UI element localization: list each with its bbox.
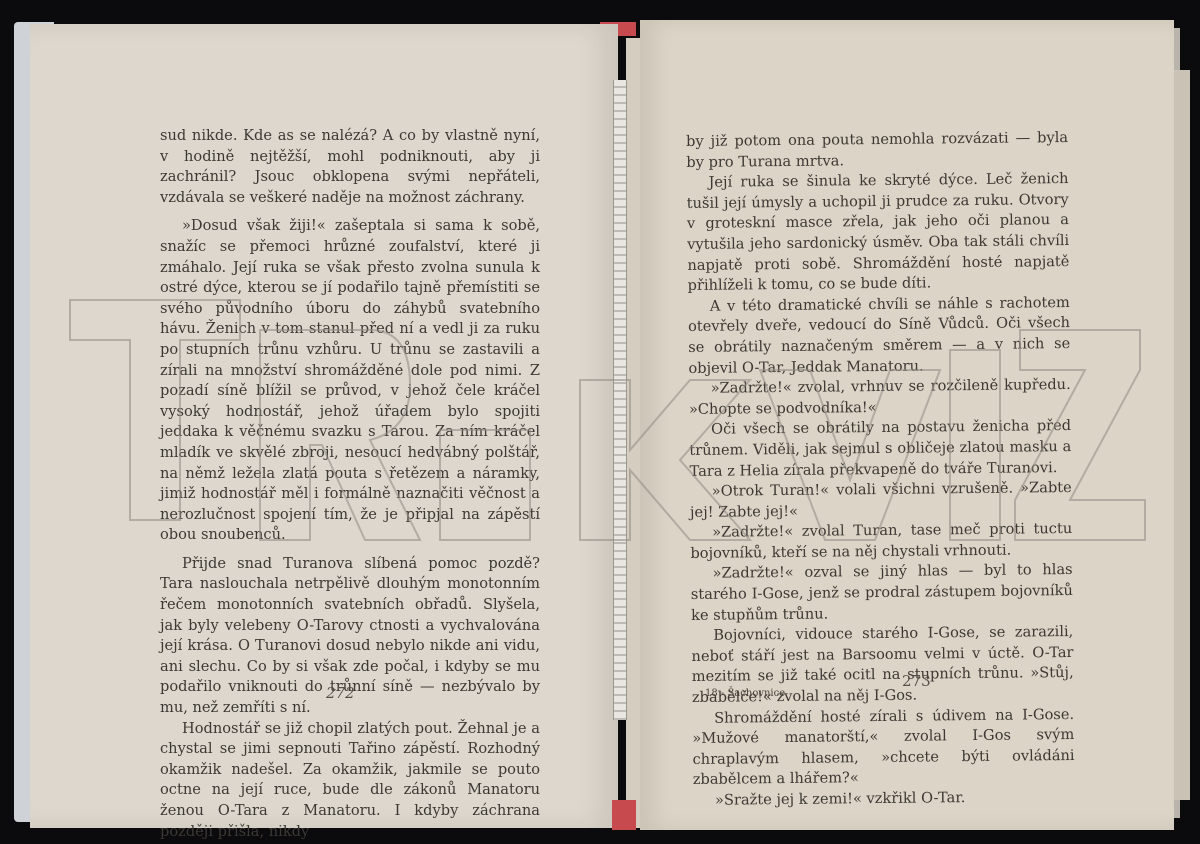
paragraph: A v této dramatické chvíli se náhle s ra… [688, 293, 1071, 379]
paragraph: »Sražte jej k zemi!« vzkřikl O-Tar. [693, 787, 1075, 812]
paragraph: »Zadržte!« zvolal, vrhnuv se rozčileně k… [689, 375, 1071, 420]
left-page-text: sud nikde. Kde as se nalézá? A co by vla… [160, 126, 540, 842]
right-page-text: by již potom ona pouta nemohla rozvázati… [686, 128, 1075, 812]
paragraph: Shromáždění hosté zírali s údivem na I-G… [692, 705, 1075, 791]
page-number-right: 273 [902, 672, 931, 690]
signature-mark: 18 - Šachovnice [705, 688, 785, 699]
paragraph: »Zadržte!« zvolal Turan, tase meč proti … [690, 519, 1072, 564]
binding-stitch [613, 80, 627, 720]
paragraph: »Otrok Turan!« volali všichni vzrušeně. … [690, 478, 1072, 523]
paragraph: Její ruka se šinula ke skryté dýce. Leč … [686, 169, 1069, 297]
spine-cloth-bottom [612, 800, 636, 830]
paragraph: Hodnostář se již chopil zlatých pout. Že… [160, 719, 540, 843]
page-number-left: 272 [326, 684, 355, 702]
paragraph: Oči všech se obrátily na postavu ženicha… [689, 416, 1072, 482]
paragraph: »Dosud však žiji!« zašeptala si sama k s… [160, 216, 540, 546]
paragraph: by již potom ona pouta nemohla rozvázati… [686, 128, 1068, 173]
paragraph: sud nikde. Kde as se nalézá? A co by vla… [160, 126, 540, 208]
paragraph: »Zadržte!« ozval se jiný hlas — byl to h… [691, 560, 1074, 626]
